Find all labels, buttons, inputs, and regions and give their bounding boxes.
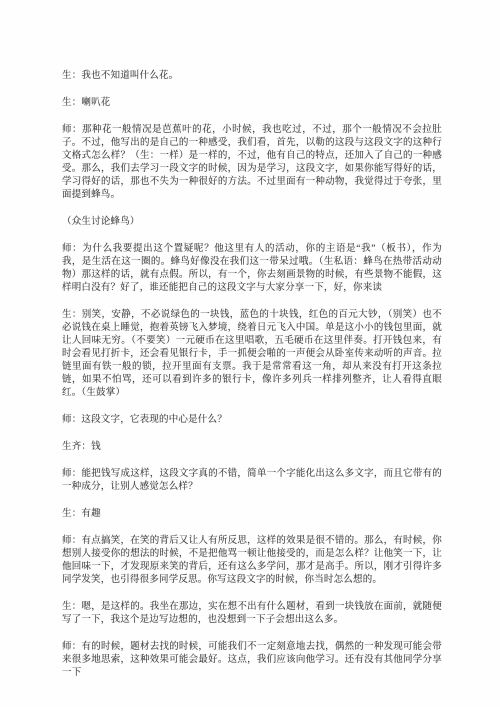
dialogue-paragraph-teacher: 师：为什么我要提出这个置疑呢？他这里有人的活动，你的主语是“我”（板书），作为我… — [62, 243, 442, 295]
dialogue-paragraph-student: 生：别笑，安静，不必说绿色的一块钱，蓝色的十块钱，红色的百元大钞，（别笑）也不必… — [62, 309, 442, 400]
dialogue-paragraph-teacher: 师：这段文字，它表现的中心是什么？ — [62, 414, 442, 427]
dialogue-paragraph-student: 生：嗯，是这样的。我坐在那边，实在想不出有什么题材，看到一块钱放在面前，就随便写… — [62, 601, 442, 627]
dialogue-paragraph-teacher: 师：有点搞笑，在笑的背后又让人有所反思，这样的效果是很不错的。那么，有时候，你想… — [62, 535, 442, 587]
dialogue-paragraph-student: 生：喇叭花 — [62, 97, 442, 110]
stage-direction: （众生讨论蜂鸟） — [62, 216, 442, 229]
dialogue-paragraph-teacher: 师：有的时候，题材去找的时候，可能我们不一定刻意地去找，偶然的一种发现可能会带来… — [62, 641, 442, 680]
transcript-body: 生：我也不知道叫什么花。 生：喇叭花 师：那种花一般情况是芭蕉叶的花，小时候，我… — [62, 70, 442, 680]
dialogue-paragraph-teacher: 师：那种花一般情况是芭蕉叶的花，小时候，我也吃过，不过，那个一般情况不会拉肚子。… — [62, 124, 442, 202]
dialogue-paragraph-students-together: 生齐：钱 — [62, 441, 442, 454]
document-page: 生：我也不知道叫什么花。 生：喇叭花 师：那种花一般情况是芭蕉叶的花，小时候，我… — [0, 0, 500, 707]
dialogue-paragraph-student: 生：有趣 — [62, 508, 442, 521]
dialogue-paragraph-student: 生：我也不知道叫什么花。 — [62, 70, 442, 83]
dialogue-paragraph-teacher: 师：能把钱写成这样，这段文字真的不错，简单一个字能化出这么多文字，而且它带有的一… — [62, 468, 442, 494]
